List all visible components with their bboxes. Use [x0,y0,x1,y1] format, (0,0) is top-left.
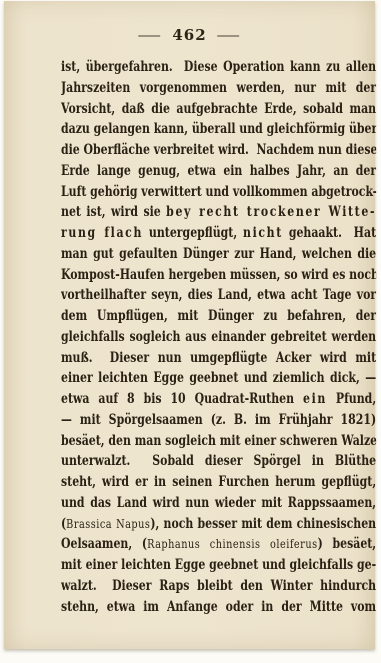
text-line: man gut gefaulten Dünger zur Hand, welch… [61,244,376,265]
text-line: besäet, den man sogleich mit einer schwe… [61,431,376,452]
latin-text-segment: Brassica Napus [66,516,150,531]
text-segment: die Oberfläche verbreitet wird. Nachdem … [61,142,376,158]
text-segment: — mit Spörgelsaamen (z. B. im Frühjahr 1… [61,412,376,428]
text-line: gleichfalls sogleich aus einander gebrei… [61,327,376,348]
latin-text-segment: Raphanus chinensis oleiferus [147,536,318,551]
text-line: unterwalzt. Sobald dieser Spörgel in Blü… [61,451,376,472]
text-segment: ), noch besser mit dem chinesischen [150,516,376,532]
text-segment: Oelsaamen, ( [61,536,147,552]
text-segment: besäet, den man sogleich mit einer schwe… [61,433,376,449]
text-line: Vorsicht, daß die aufgebrachte Erde, sob… [61,99,376,120]
text-line: dazu gelangen kann, überall und gleichfö… [61,119,376,140]
text-line: rung flach untergepflügt, nicht gehaakt.… [61,223,376,244]
text-segment: walzt. Dieser Raps bleibt den Winter hin… [61,578,376,594]
text-segment: muß. Dieser nun umgepflügte Acker wird m… [61,350,376,366]
text-line: Kompost-Haufen hergeben müssen, so wird … [61,265,376,286]
text-segment: Pfund, [327,391,376,407]
text-segment: vortheilhafter seyn, dies Land, etwa ach… [61,287,376,303]
text-line: — mit Spörgelsaamen (z. B. im Frühjahr 1… [61,410,376,431]
text-segment: steht, wird er in seinen Furchen herum g… [61,474,376,490]
text-segment: untergepflügt, [143,225,243,241]
text-segment: mit einer leichten Egge geebnet und glei… [61,557,376,573]
text-line: stehn, etwa im Anfange oder in der Mitte… [61,597,376,618]
text-segment: gehaakt. Hat [283,225,376,241]
text-line: Erde lange genug, etwa ein halbes Jahr, … [61,161,376,182]
text-line: mit einer leichten Egge geebnet und glei… [61,555,376,576]
text-segment: dazu gelangen kann, überall und gleichfö… [61,121,376,137]
text-line: dem Umpflügen, mit Dünger zu befahren, d… [61,306,376,327]
text-line: (Brassica Napus), noch besser mit dem ch… [61,514,376,535]
text-line: walzt. Dieser Raps bleibt den Winter hin… [61,576,376,597]
text-line: Oelsaamen, (Raphanus chinensis oleiferus… [61,534,376,555]
text-line: Jahrszeiten vorgenommen werden, nur mit … [61,78,376,99]
text-segment: man gut gefaulten Dünger zur Hand, welch… [61,246,376,262]
text-segment: Vorsicht, daß die aufgebrachte Erde, sob… [61,101,376,117]
text-line: Luft gehörig verwittert und vollkommen a… [61,182,376,203]
emphasized-text-segment: bey recht trockener Witte- [166,204,376,220]
header-dash-left: — [138,26,164,44]
text-line: einer leichten Egge geebnet und ziemlich… [61,368,376,389]
text-segment: ) besäet, [318,536,377,552]
text-segment: unterwalzt. Sobald dieser Spörgel in Blü… [61,453,376,469]
emphasized-text-segment: ein [303,391,327,407]
page-number: 462 [172,26,206,44]
text-segment: Erde lange genug, etwa ein halbes Jahr, … [61,163,376,179]
text-line: net ist, wird sie bey recht trockener Wi… [61,202,376,223]
header-dash-right: — [216,26,242,44]
text-segment: Kompost-Haufen hergeben müssen, so wird … [61,267,376,283]
text-segment: und das Land wird nun wieder mit Rappssa… [61,495,376,511]
text-segment: Luft gehörig verwittert und vollkommen a… [61,184,376,200]
page-header: —462— [4,26,375,44]
text-segment: gleichfalls sogleich aus einander gebrei… [61,329,376,345]
text-block: ist, übergefahren. Diese Operation kann … [61,57,376,617]
text-line: muß. Dieser nun umgepflügte Acker wird m… [61,348,376,369]
text-segment: stehn, etwa im Anfange oder in der Mitte… [61,599,376,615]
text-line: die Oberfläche verbreitet wird. Nachdem … [61,140,376,161]
emphasized-text-segment: rung flach [61,225,143,241]
text-segment: Jahrszeiten vorgenommen werden, nur mit … [61,80,376,96]
scanned-page: —462— ist, übergefahren. Diese Operation… [4,1,375,649]
text-segment: etwa auf 8 bis 10 Quadrat-Ruthen [61,391,303,407]
text-segment: dem Umpflügen, mit Dünger zu befahren, d… [61,308,376,324]
text-line: etwa auf 8 bis 10 Quadrat-Ruthen ein Pfu… [61,389,376,410]
text-line: und das Land wird nun wieder mit Rappssa… [61,493,376,514]
text-line: ist, übergefahren. Diese Operation kann … [61,57,376,78]
text-line: vortheilhafter seyn, dies Land, etwa ach… [61,285,376,306]
text-line: steht, wird er in seinen Furchen herum g… [61,472,376,493]
text-segment: ist, übergefahren. Diese Operation kann … [61,59,376,75]
text-segment: net ist, wird sie [61,204,166,220]
emphasized-text-segment: nicht [243,225,283,241]
text-segment: einer leichten Egge geebnet und ziemlich… [61,370,376,386]
